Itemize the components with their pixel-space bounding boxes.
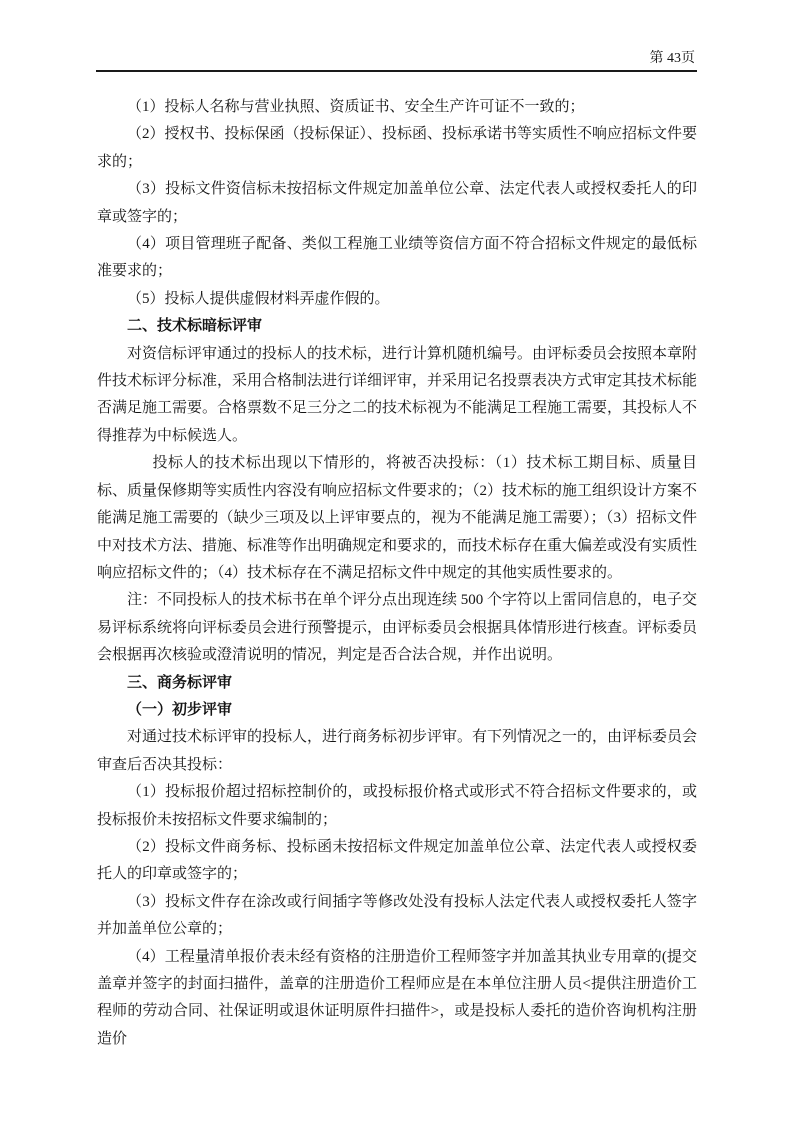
paragraph-note-duplicate-content: 注：不同投标人的技术标书在单个评分点出现连续 500 个字符以上雷同信息的，电子…	[97, 587, 697, 669]
list-item-credit-2: （2）授权书、投标保函（投标保证）、投标函、投标承诺书等实质性不响应招标文件要求…	[97, 121, 697, 176]
list-item-credit-3: （3）投标文件资信标未按招标文件规定加盖单位公章、法定代表人或授权委托人的印章或…	[97, 176, 697, 231]
list-item-credit-5: （5）投标人提供虚假材料弄虚作假的。	[97, 286, 697, 313]
list-item-commercial-2: （2）投标文件商务标、投标函未按招标文件规定加盖单位公章、法定代表人或授权委托人…	[97, 834, 697, 889]
list-item-commercial-4: （4）工程量清单报价表未经有资格的注册造价工程师签字并加盖其执业专用章的(提交盖…	[97, 944, 697, 1054]
paragraph-preliminary-review-intro: 对通过技术标评审的投标人，进行商务标初步评审。有下列情况之一的，由评标委员会审查…	[97, 724, 697, 779]
list-item-credit-1: （1）投标人名称与营业执照、资质证书、安全生产许可证不一致的；	[97, 94, 697, 121]
heading-technical-blind-review: 二、技术标暗标评审	[97, 313, 697, 340]
paragraph-technical-rejection-cases: 投标人的技术标出现以下情形的，将被否决投标：（1）技术标工期目标、质量目标、质量…	[97, 450, 697, 587]
heading-preliminary-review: （一）初步评审	[97, 697, 697, 724]
page-number: 第 43页	[648, 49, 698, 72]
list-item-credit-4: （4）项目管理班子配备、类似工程施工业绩等资信方面不符合招标文件规定的最低标准要…	[97, 231, 697, 286]
page-header: 第 43页	[96, 0, 697, 72]
list-item-commercial-1: （1）投标报价超过招标控制价的，或投标报价格式或形式不符合招标文件要求的，或投标…	[97, 779, 697, 834]
document-body: （1）投标人名称与营业执照、资质证书、安全生产许可证不一致的； （2）授权书、投…	[97, 94, 697, 1053]
list-item-commercial-3: （3）投标文件存在涂改或行间插字等修改处没有投标人法定代表人或授权委托人签字并加…	[97, 889, 697, 944]
paragraph-technical-review-process: 对资信标评审通过的投标人的技术标，进行计算机随机编号。由评标委员会按照本章附件技…	[97, 341, 697, 451]
document-page: 第 43页 （1）投标人名称与营业执照、资质证书、安全生产许可证不一致的； （2…	[0, 0, 793, 1122]
heading-commercial-review: 三、商务标评审	[97, 670, 697, 697]
